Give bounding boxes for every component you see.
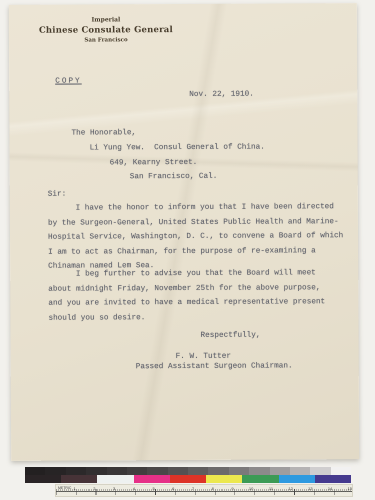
signature-title: Passed Assistant Surgeon Chairman.	[136, 359, 293, 374]
color-patch-row	[25, 475, 351, 483]
grayscale-patch	[86, 467, 106, 475]
metric-ruler: METRIC 123456789101112131415	[55, 484, 353, 497]
letterhead-imperial: Imperial	[37, 17, 175, 24]
green-patch	[242, 475, 278, 483]
magenta-patch	[134, 475, 170, 483]
ruler-ticks	[56, 489, 352, 495]
grayscale-patch	[331, 467, 351, 475]
grayscale-row	[25, 467, 351, 475]
blue-patch	[279, 475, 315, 483]
white-patch	[97, 475, 133, 483]
salutation: Sir:	[48, 188, 67, 203]
grayscale-patch	[25, 467, 45, 475]
letter-date: Nov. 22, 1910.	[189, 88, 254, 103]
red-patch	[170, 475, 206, 483]
grayscale-patch	[66, 467, 86, 475]
grayscale-patch	[290, 467, 310, 475]
grayscale-patch	[107, 467, 127, 475]
grayscale-patch	[147, 467, 167, 475]
recipient-honorific: The Honorable,	[71, 126, 136, 141]
scanned-letter-page: Imperial Chinese Consulate General San F…	[0, 0, 375, 500]
yellow-patch	[206, 475, 242, 483]
recipient-city: San Francisco, Cal.	[130, 170, 218, 185]
letter-paper: Imperial Chinese Consulate General San F…	[9, 3, 359, 461]
dark-brown-patch	[61, 475, 97, 483]
grayscale-patch	[168, 467, 188, 475]
copy-stamp: COPY	[47, 74, 90, 89]
recipient-street: 649, Kearny Street.	[110, 156, 198, 171]
grayscale-patch	[270, 467, 290, 475]
grayscale-patch	[310, 467, 330, 475]
grayscale-patch	[188, 467, 208, 475]
color-calibration-bar	[25, 467, 351, 483]
body-paragraph-2: I beg further to advise you that the Boa…	[48, 266, 350, 326]
letterhead-city: San Francisco	[37, 38, 175, 44]
letterhead-consulate: Chinese Consulate General	[37, 26, 175, 35]
body-paragraph-1: I have the honor to inform you that I ha…	[48, 200, 350, 275]
black-patch	[25, 475, 61, 483]
recipient-name: Li Yung Yew. Consul General of China.	[90, 141, 265, 157]
grayscale-patch	[45, 467, 65, 475]
violet-patch	[315, 475, 351, 483]
grayscale-patch	[127, 467, 147, 475]
closing: Respectfully,	[201, 329, 261, 344]
letterhead: Imperial Chinese Consulate General San F…	[37, 17, 175, 44]
grayscale-patch	[208, 467, 228, 475]
grayscale-patch	[249, 467, 269, 475]
grayscale-patch	[229, 467, 249, 475]
